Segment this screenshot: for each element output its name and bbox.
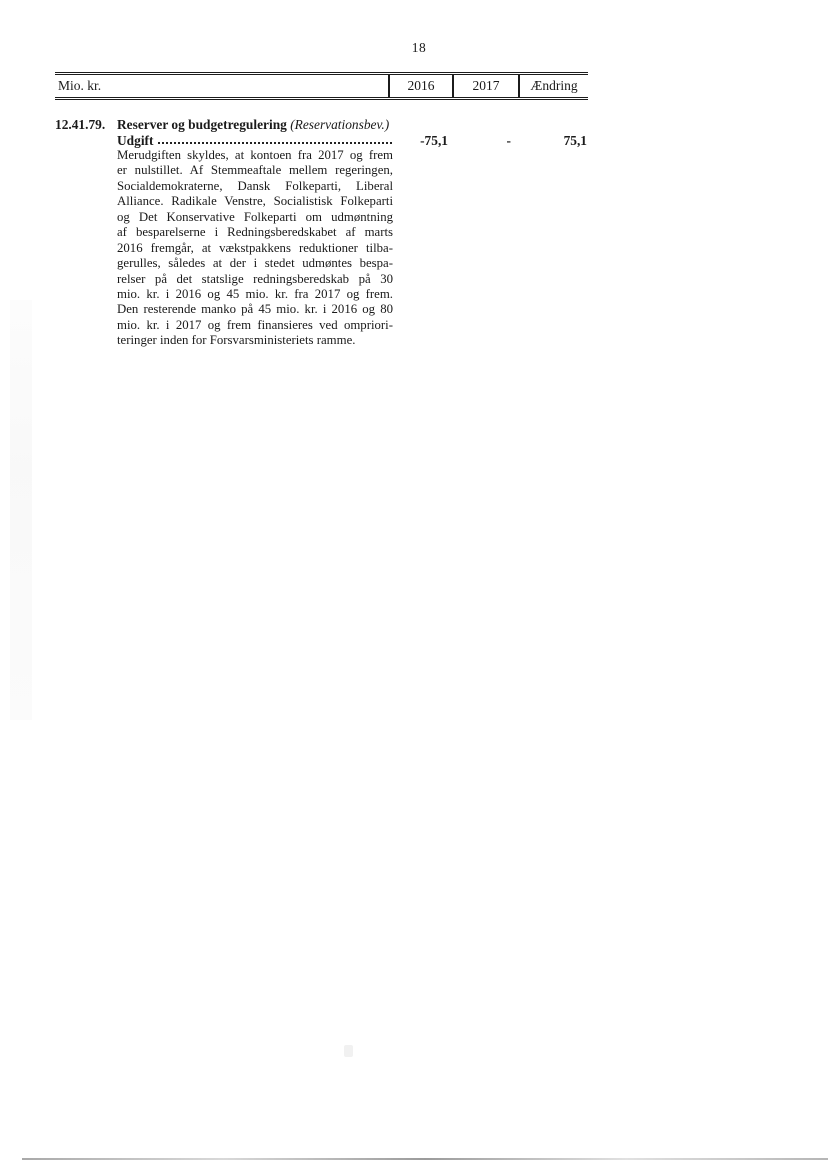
value-2016: -75,1	[388, 133, 448, 149]
paragraph-line: af besparelserne i Redningsberedskabet a…	[117, 225, 393, 240]
paragraph-line: er nulstillet. Af Stemmeaftale mellem re…	[117, 163, 393, 178]
paragraph-line: Merudgiften skyldes, at kontoen fra 2017…	[117, 148, 393, 163]
document-page: 18 Mio. kr. 2016 2017 Ændring 12.41.79. …	[0, 0, 828, 1169]
page-number: 18	[10, 40, 828, 56]
entry-paragraph: Merudgiften skyldes, at kontoen fra 2017…	[117, 148, 393, 349]
paragraph-line: 2016 fremgår, at vækstpakkens reduktione…	[117, 241, 393, 256]
section-number: 12.41.79.	[55, 117, 105, 133]
column-header-2016: 2016	[388, 75, 452, 97]
paragraph-line: gerulles, således at der i stedet udmønt…	[117, 256, 393, 271]
entry-title-bold: Reserver og budgetregulering	[117, 117, 287, 132]
udgift-row: Udgift	[117, 133, 392, 149]
column-header-table: Mio. kr. 2016 2017 Ændring	[55, 72, 588, 100]
value-aendring: 75,1	[518, 133, 587, 149]
paragraph-line: Alliance. Radikale Venstre, Socialistisk…	[117, 194, 393, 209]
udgift-label: Udgift	[117, 133, 153, 149]
unit-label: Mio. kr.	[55, 75, 388, 97]
dot-leader	[158, 132, 392, 144]
paragraph-line: Socialdemokraterne, Dansk Folkeparti, Li…	[117, 179, 393, 194]
paragraph-line: mio. kr. i 2016 og 45 mio. kr. fra 2017 …	[117, 287, 393, 302]
paragraph-line: og Det Konservative Folkeparti om udmønt…	[117, 210, 393, 225]
scan-artifact-smudge	[344, 1045, 353, 1057]
column-header-2017: 2017	[452, 75, 518, 97]
paragraph-line: teringer inden for Forsvarsministeriets …	[117, 333, 393, 348]
scan-artifact-bottom-line	[22, 1158, 828, 1160]
entry-title-italic: (Reservationsbev.)	[290, 117, 389, 132]
value-2017: -	[452, 133, 511, 149]
column-header-aendring: Ændring	[518, 75, 588, 97]
paragraph-line: relser på det statslige redningsberedska…	[117, 272, 393, 287]
scan-artifact-left-edge	[10, 300, 32, 720]
paragraph-line: mio. kr. i 2017 og frem finansieres ved …	[117, 318, 393, 333]
paragraph-line: Den resterende manko på 45 mio. kr. i 20…	[117, 302, 393, 317]
